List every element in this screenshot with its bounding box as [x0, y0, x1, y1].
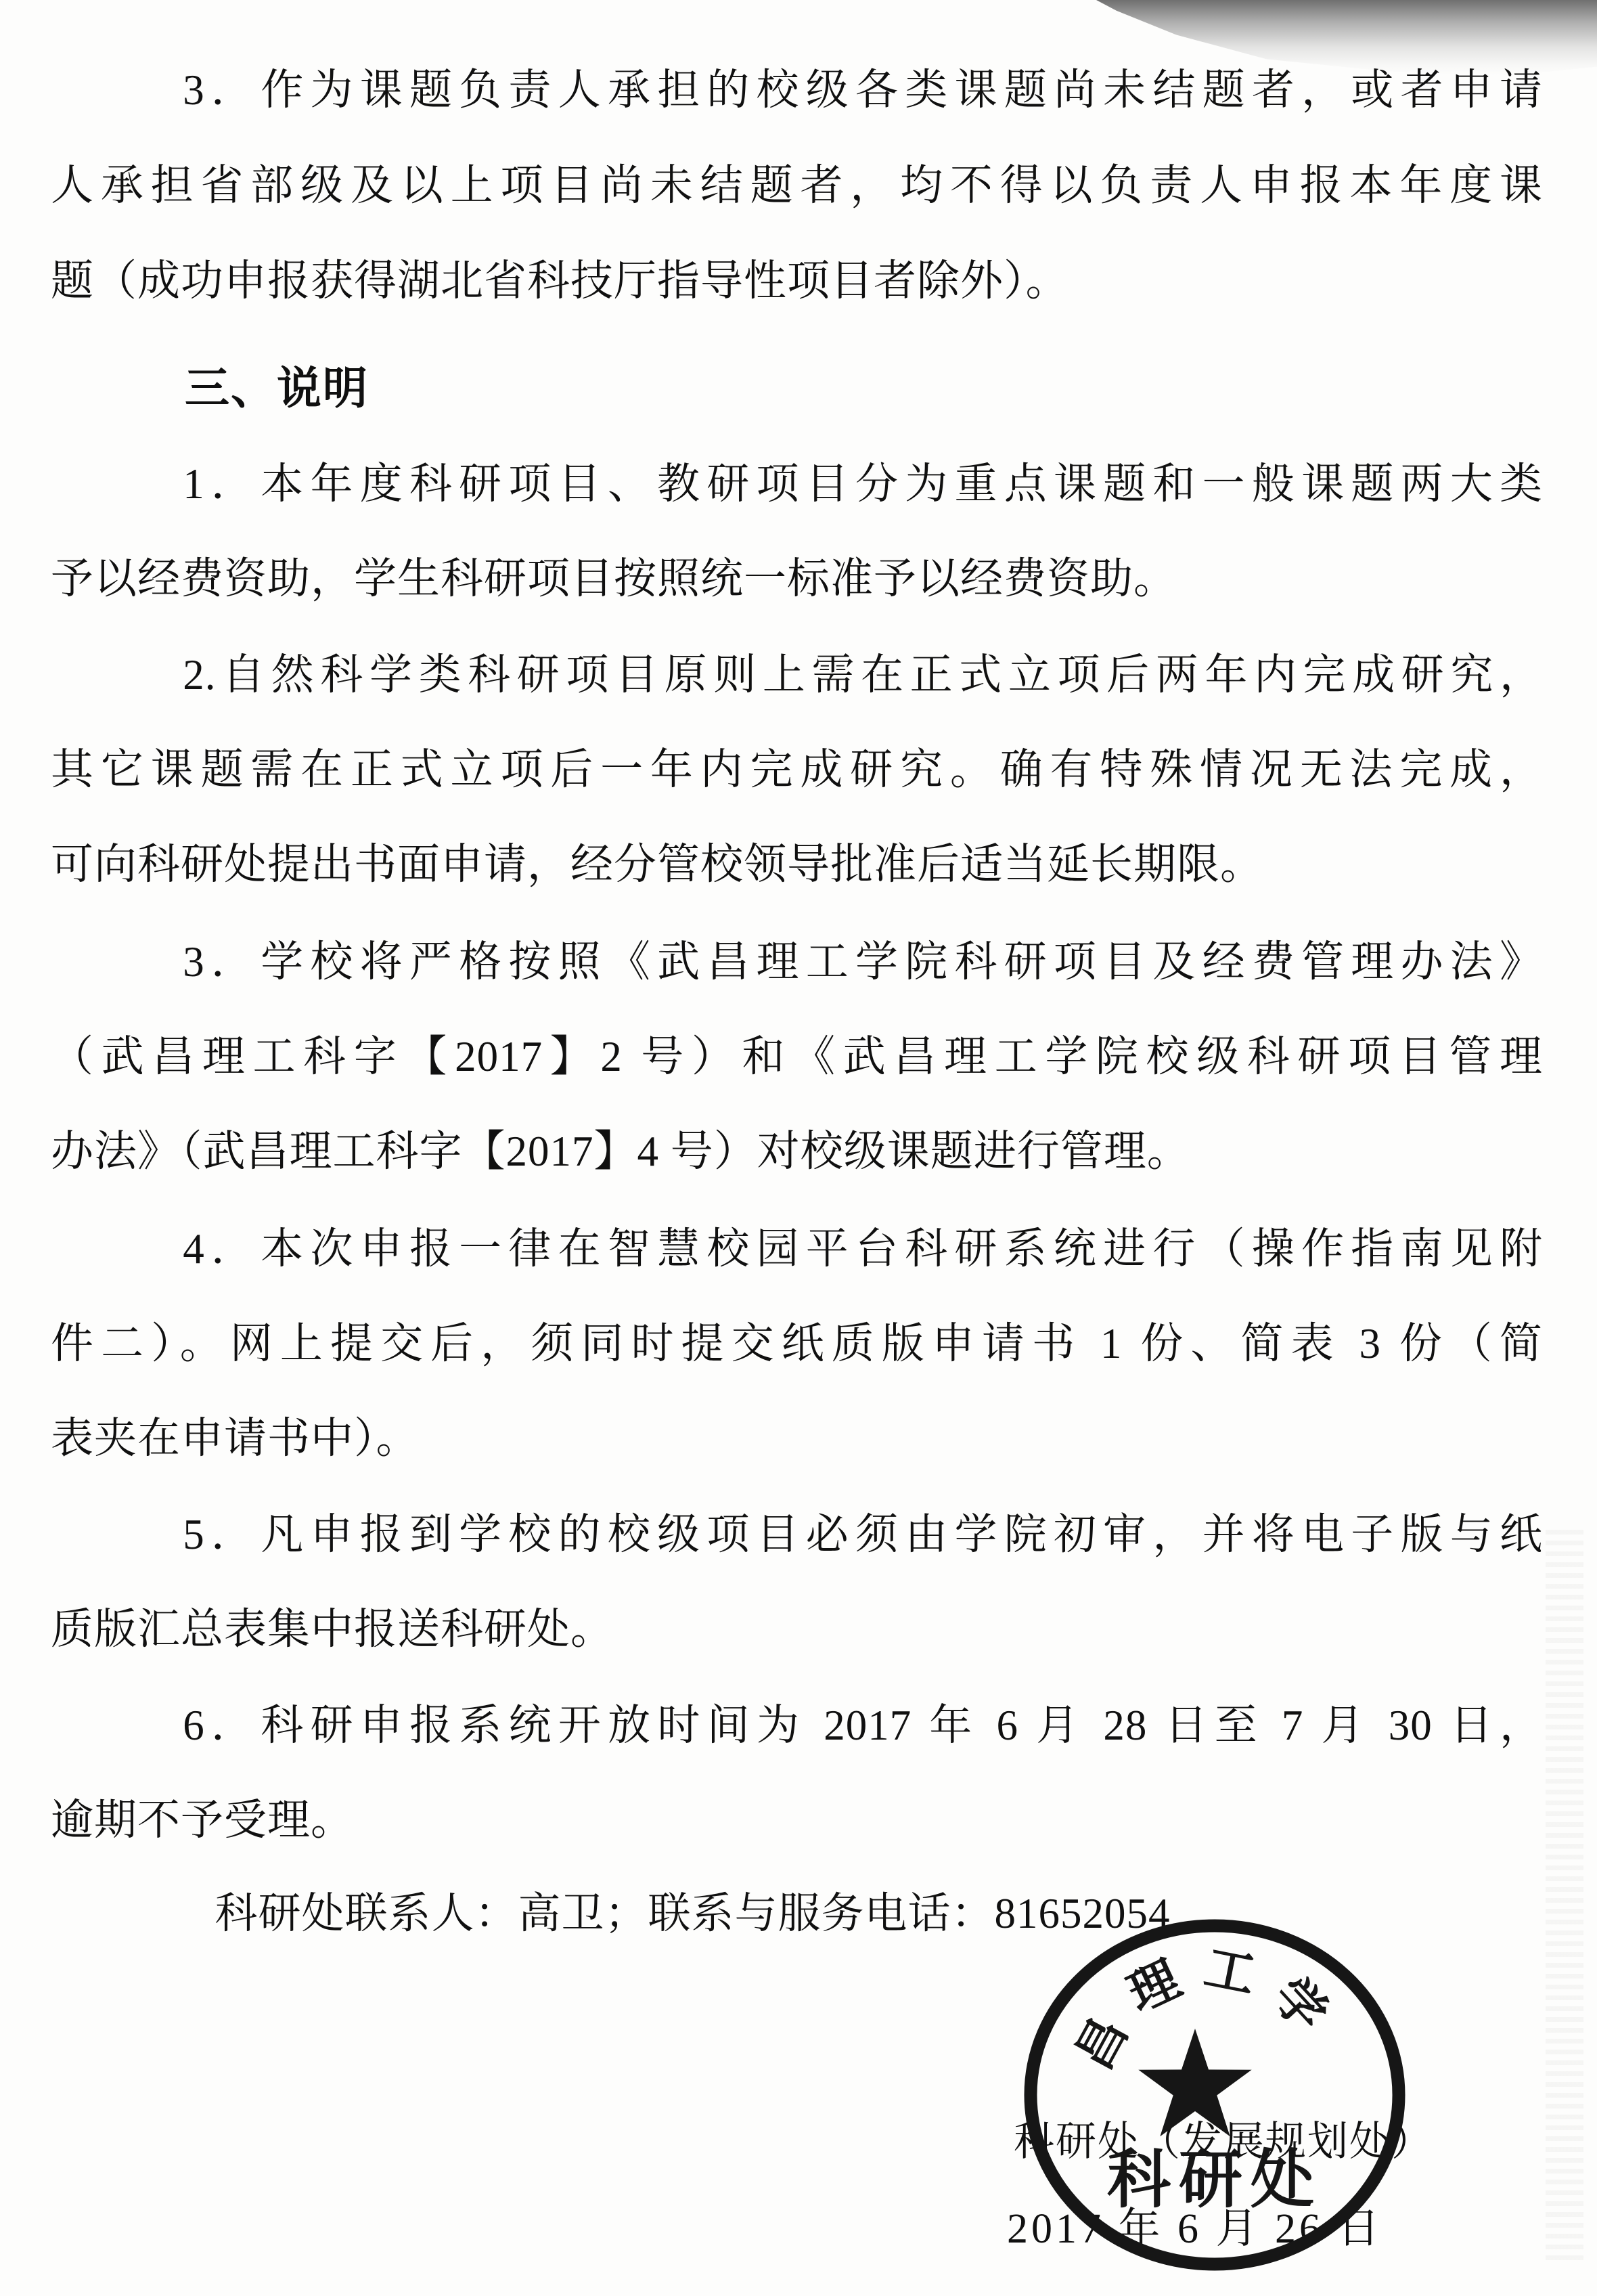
body-line: 人承担省部级及以上项目尚未结题者，均不得以负责人申报本年度课 [51, 160, 1543, 211]
body-line: 质版汇总表集中报送科研处。 [51, 1604, 1543, 1654]
body-line: （武昌理工科字【2017】2 号）和《武昌理工学院校级科研项目管理 [51, 1032, 1543, 1082]
contact-line: 科研处联系人：高卫；联系与服务电话：81652054 [51, 1889, 1543, 1939]
body-line: 2.自然科学类科研项目原则上需在正式立项后两年内完成研究， [51, 650, 1543, 700]
signature-date: 2017 年 6 月 26 日 [1007, 2194, 1383, 2255]
signature-department: 科研处（发展规划处） [1014, 2109, 1433, 2167]
body-line: 4．本次申报一律在智慧校园平台科研系统进行（操作指南见附 [51, 1224, 1543, 1274]
body-line: 表夹在申请书中）。 [51, 1413, 1543, 1463]
body-line: 3．学校将严格按照《武昌理工学院科研项目及经费管理办法》 [51, 937, 1543, 987]
body-line: 办法》（武昌理工科字【2017】4 号）对校级课题进行管理。 [51, 1126, 1543, 1176]
body-line: 逾期不予受理。 [51, 1795, 1543, 1845]
scan-streaks-artifact [1546, 1530, 1583, 2261]
body-line: 其它课题需在正式立项后一年内完成研究。确有特殊情况无法完成， [51, 745, 1543, 795]
section-heading: 三、说明 [51, 363, 1543, 416]
body-line: 6．科研申报系统开放时间为 2017 年 6 月 28 日至 7 月 30 日， [51, 1700, 1543, 1750]
body-line: 件二）。网上提交后，须同时提交纸质版申请书 1 份、简表 3 份（简 [51, 1319, 1543, 1369]
seal-arc-group: 昌理工学 [1054, 1925, 1355, 2103]
body-line: 3．作为课题负责人承担的校级各类课题尚未结题者，或者申请 [51, 65, 1543, 115]
body-line: 题（成功申报获得湖北省科技厅指导性项目者除外）。 [51, 256, 1543, 306]
body-line: 1．本年度科研项目、教研项目分为重点课题和一般课题两大类 [51, 459, 1543, 509]
scanned-document-page: 3．作为课题负责人承担的校级各类课题尚未结题者，或者申请 人承担省部级及以上项目… [0, 0, 1597, 2296]
seal-arc-text: 昌理工学 [1054, 1925, 1352, 2085]
body-line: 可向科研处提出书面申请，经分管校领导批准后适当延长期限。 [51, 839, 1543, 889]
body-line: 5．凡申报到学校的校级项目必须由学院初审，并将电子版与纸 [51, 1509, 1543, 1560]
body-line: 予以经费资助，学生科研项目按照统一标准予以经费资助。 [51, 554, 1543, 604]
